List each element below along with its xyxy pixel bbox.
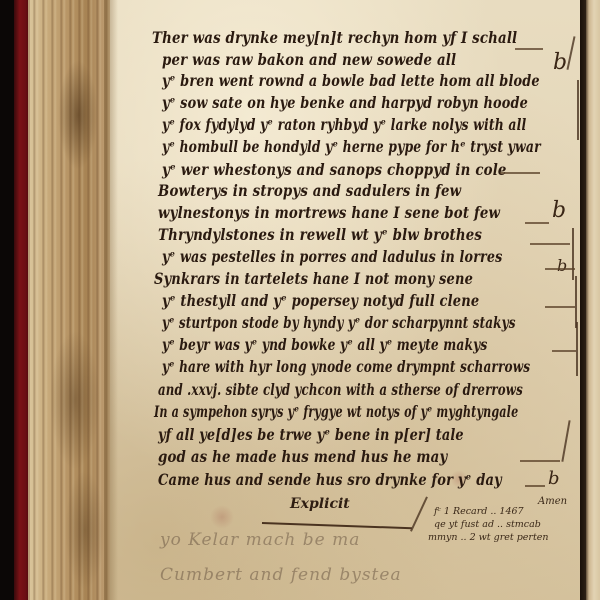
colophon-amen: Amen xyxy=(538,496,567,507)
margin-bracket xyxy=(572,228,574,280)
margin-letter-b: b xyxy=(553,52,567,74)
text-line: yᵉ thestyll and yᵉ popersey notyd full c… xyxy=(162,291,479,310)
margin-bracket xyxy=(575,276,577,328)
margin-dash xyxy=(545,306,575,308)
text-line: yᵉ sturtpon stode by hyndy yᵉ dor scharp… xyxy=(162,313,516,332)
margin-dash xyxy=(520,460,560,462)
edge-stain xyxy=(58,60,98,170)
text-line: yᵉ bren went rownd a bowle bad lette hom… xyxy=(162,71,540,90)
margin-dash xyxy=(530,243,570,245)
colophon-line: qe yt fust ad .. stmcab xyxy=(434,519,541,530)
text-line: yᵉ sow sate on hye benke and harpyd roby… xyxy=(162,93,528,112)
text-line: per was raw bakon and new sowede all xyxy=(162,50,456,69)
text-line: god as he made hus mend hus he may xyxy=(158,447,447,466)
margin-dash xyxy=(500,172,540,174)
text-line: yᵉ fox fydylyd yᵉ raton ryhbyd yᵉ larke … xyxy=(162,115,526,134)
text-line: yᵉ hombull be hondyld yᵉ herne pype for … xyxy=(162,137,541,156)
text-line: In a sympehon syrys yᵉ frygye wt notys o… xyxy=(154,402,518,421)
margin-dash xyxy=(525,222,549,224)
margin-dash xyxy=(552,350,576,352)
explicit-label: Explicit xyxy=(290,496,350,512)
book-fore-edge xyxy=(30,0,110,600)
edge-stain xyxy=(50,330,100,470)
margin-dash xyxy=(515,48,543,50)
edge-stain xyxy=(65,470,105,590)
text-line: Came hus and sende hus sro drynke for yᵉ… xyxy=(158,470,502,489)
margin-bracket xyxy=(577,80,579,140)
text-line: Thryndylstones in rewell wt yᵉ blw broth… xyxy=(158,225,482,244)
manuscript-photo: Ther was drynke mey[n]t rechyn hom yf I … xyxy=(0,0,600,600)
text-line: Bowterys in stropys and sadulers in few xyxy=(158,181,461,200)
later-hand-note: Cumbert and fend bystea xyxy=(160,565,402,585)
margin-letter-b: b xyxy=(552,200,566,222)
foxing-spot xyxy=(210,505,234,529)
margin-dash xyxy=(525,485,545,487)
red-binding-edge xyxy=(14,0,30,600)
margin-letter-b: b xyxy=(557,258,567,274)
page-edge-shadow xyxy=(104,0,118,600)
text-line: Synkrars in tartelets hane I not mony se… xyxy=(154,269,473,288)
right-book-edge xyxy=(580,0,600,600)
colophon-line: fᶜ 1 Recard .. 1467 xyxy=(434,506,524,517)
text-line: yᵉ hare with hyr long ynode come drympnt… xyxy=(162,357,530,376)
text-line: yᵉ wer whestonys and sanops choppyd in c… xyxy=(162,160,507,179)
later-hand-note: yo Kelar mach be ma xyxy=(160,530,360,550)
text-line: yf all ye[d]es be trwe yᵉ bene in p[er] … xyxy=(158,425,464,444)
margin-bracket xyxy=(576,322,578,376)
text-line: wylnestonys in mortrews hane I sene bot … xyxy=(158,203,500,222)
background-dark-strip xyxy=(0,0,14,600)
text-line: yᵉ beyr was yᵉ ynd bowke yᵉ all yᵉ meyte… xyxy=(162,335,487,354)
margin-letter-b: b xyxy=(548,470,560,488)
text-line: and .xxvj. sibte clyd ychcon with a sthe… xyxy=(158,380,523,399)
colophon-line: mmyn .. 2 wt gret perten xyxy=(428,532,549,543)
text-line: Ther was drynke mey[n]t rechyn hom yf I … xyxy=(152,28,517,47)
margin-dash xyxy=(545,268,575,270)
text-line: yᵉ was pestelles in porres and ladulus i… xyxy=(162,247,502,266)
